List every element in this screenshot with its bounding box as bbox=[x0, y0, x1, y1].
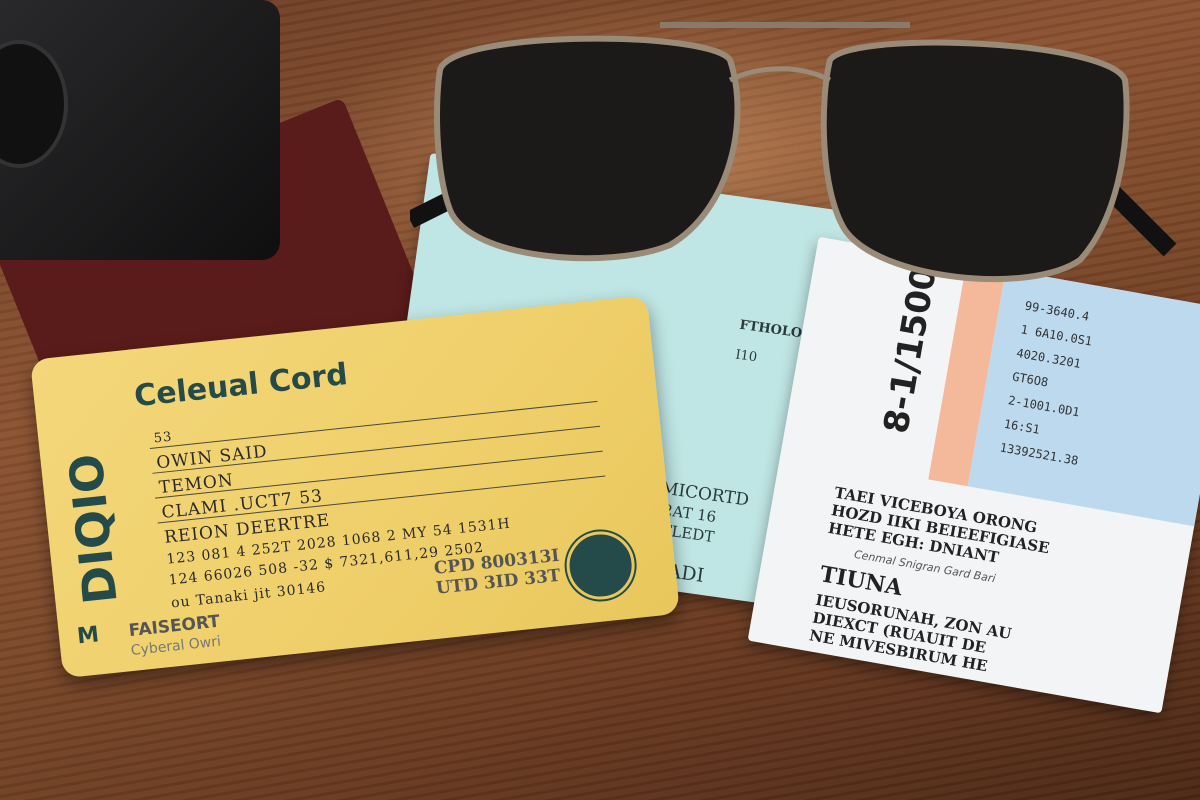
ticket-lines: TAEI VICEBOYA ORONG HOZD IIKI BEIEEFIGIA… bbox=[808, 483, 1054, 682]
card-mark: M bbox=[76, 622, 100, 649]
yellow-card: Celeual Cord DIQIO 53 OWIN SAID TEMON CL… bbox=[30, 295, 680, 678]
card-title: Celeual Cord bbox=[133, 357, 350, 414]
sunglasses bbox=[410, 10, 1180, 310]
card-logo: DIQIO bbox=[58, 451, 127, 606]
card-row: 53 bbox=[153, 430, 173, 447]
card-row: TEMON bbox=[158, 470, 235, 498]
card-divider bbox=[150, 401, 598, 449]
seal-icon bbox=[563, 528, 638, 603]
ticket-label: I10 bbox=[734, 347, 758, 365]
